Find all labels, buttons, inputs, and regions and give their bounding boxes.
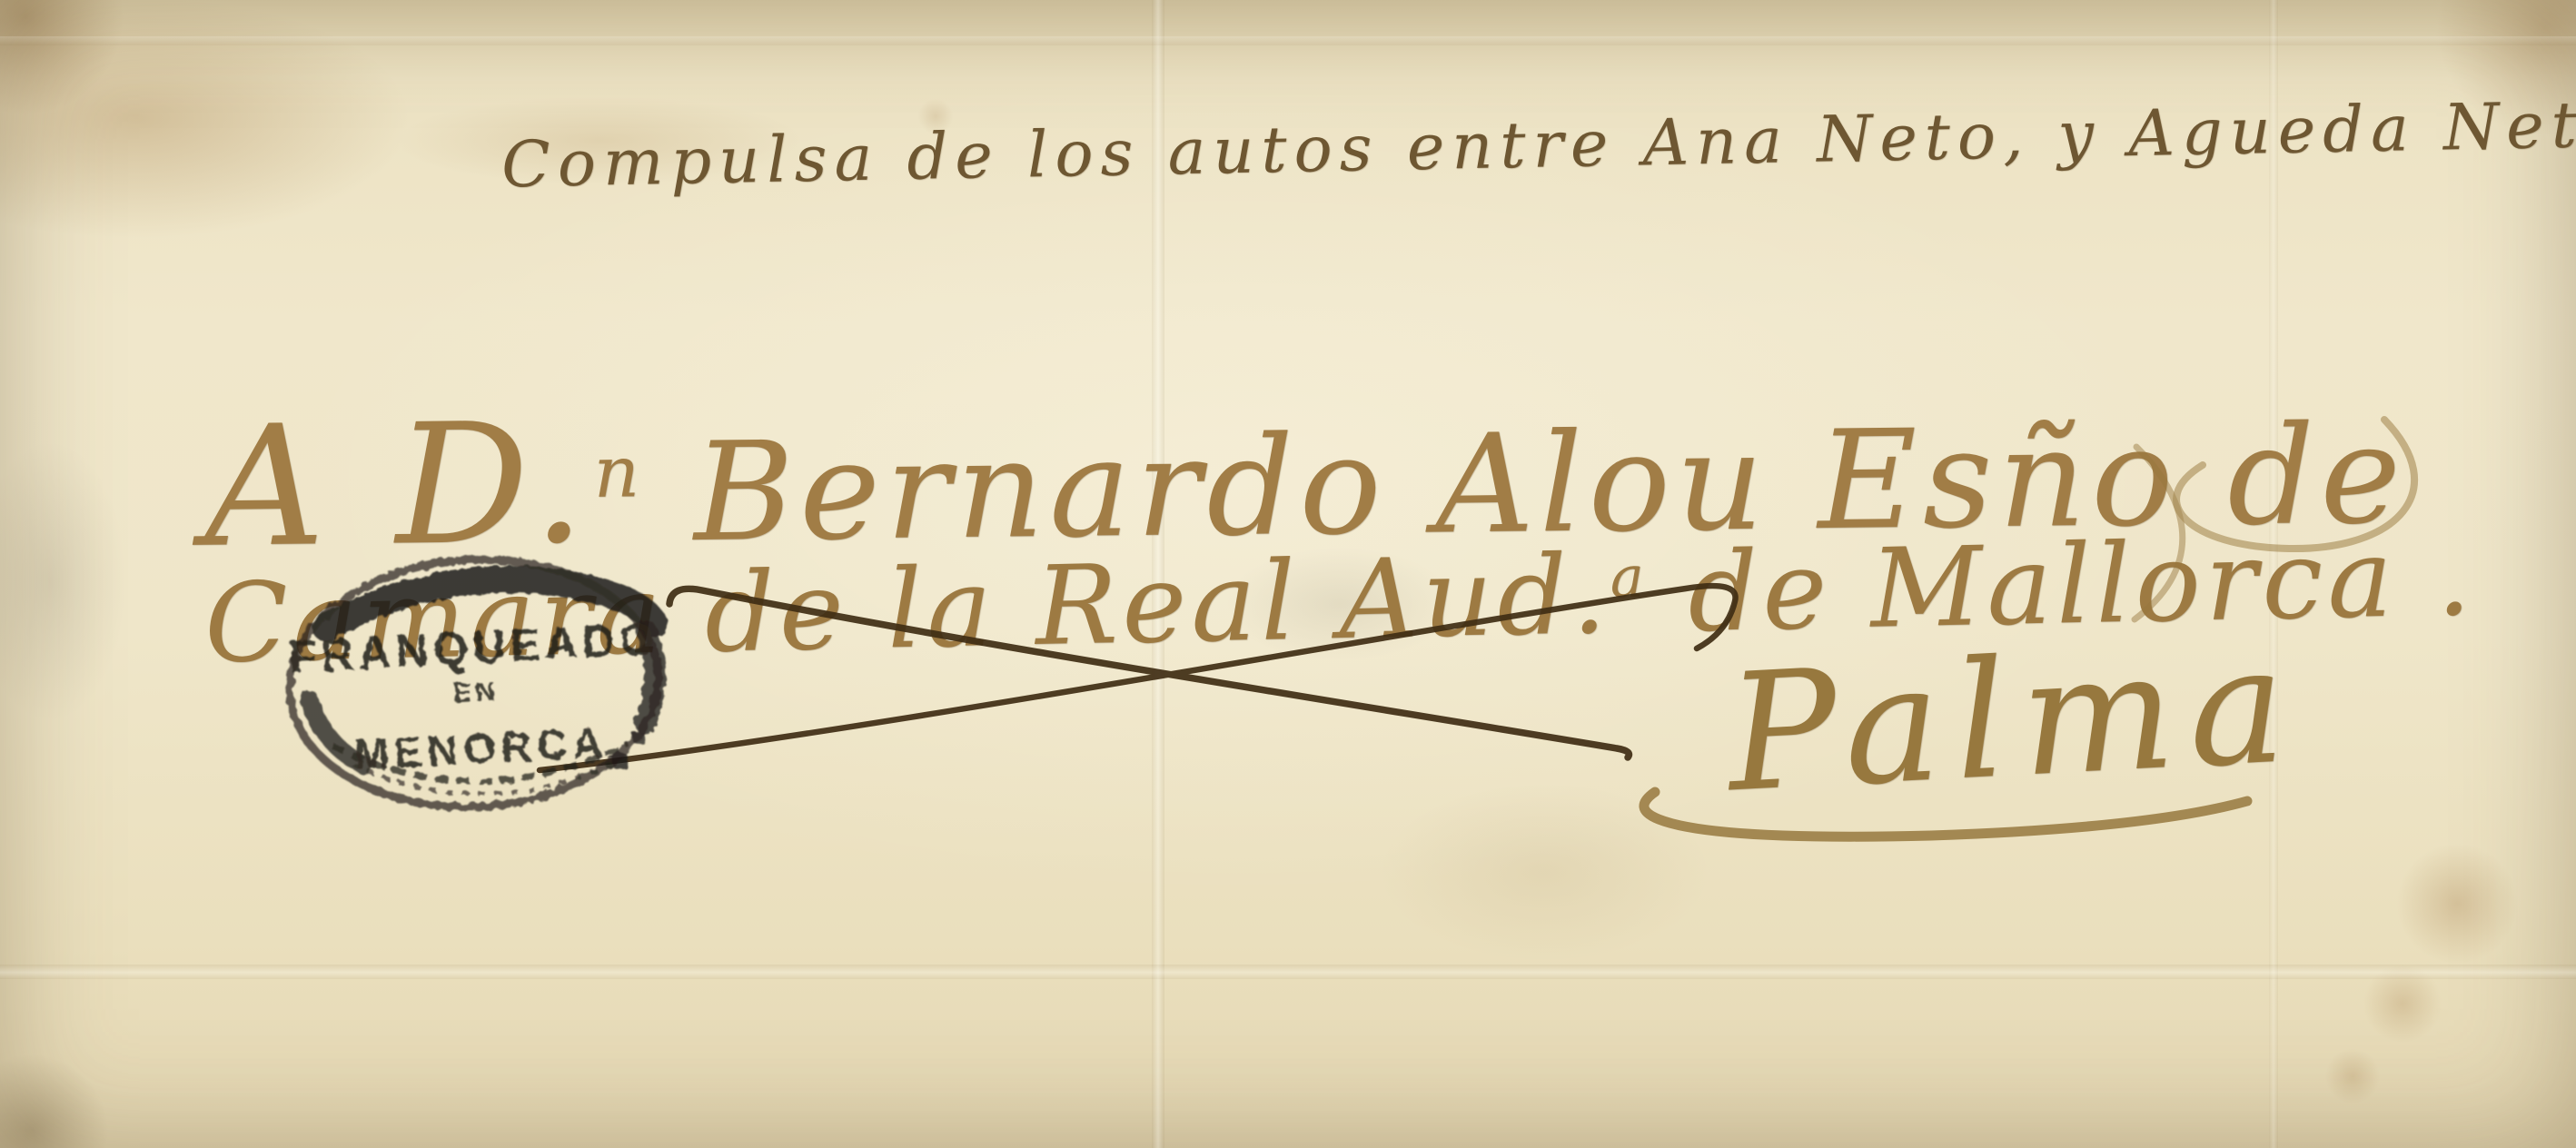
address-superscript-a: a [1610,543,1650,610]
address-superscript-n: n [593,431,645,514]
destination-city: Palma [1723,610,2304,828]
fold-crease-horizontal-top [0,36,2576,45]
letter-sheet: Compulsa de los autos entre Ana Neto, y … [0,0,2576,1148]
fold-crease-horizontal-bottom [0,965,2576,979]
docket-line: Compulsa de los autos entre Ana Neto, y … [500,87,2576,203]
franking-stamp: FRANQUEADO EN MENORCA [265,534,690,838]
stamp-text-line2: EN [453,677,500,709]
